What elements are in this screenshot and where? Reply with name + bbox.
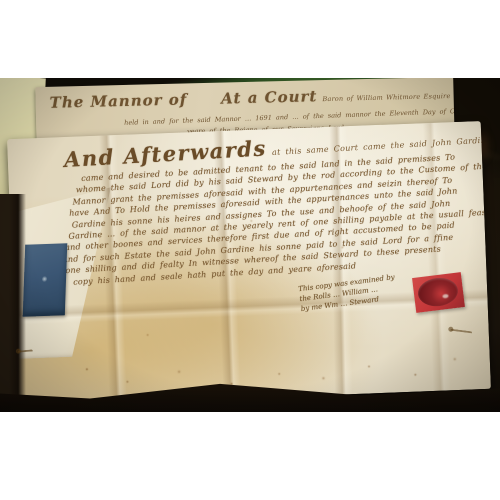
wax-highlight bbox=[442, 294, 448, 299]
main-parchment-document: And Afterwards at this same Court came t… bbox=[7, 121, 491, 407]
photo-of-document: The Mannor ofAt a Court Baron of William… bbox=[0, 78, 500, 412]
blue-revenue-stamp bbox=[23, 243, 68, 316]
foxing-speckles bbox=[7, 139, 9, 141]
red-seal-paper bbox=[412, 272, 465, 313]
stamp-embossed-mark bbox=[42, 276, 47, 282]
dark-table-left-edge bbox=[0, 194, 26, 412]
screenshot-canvas: The Mannor ofAt a Court Baron of William… bbox=[0, 0, 500, 500]
court-roll-heading: The Mannor ofAt a Court Baron of William… bbox=[49, 83, 450, 112]
heading-manor-title: The Mannor of bbox=[49, 90, 187, 111]
red-wax-seal-impression bbox=[416, 276, 459, 309]
heading-baron-text: Baron of William Whitmore Esquire bbox=[322, 92, 450, 103]
heading-court-title: At a Court bbox=[221, 87, 318, 107]
manuscript-text-block: And Afterwards at this same Court came t… bbox=[63, 122, 491, 288]
